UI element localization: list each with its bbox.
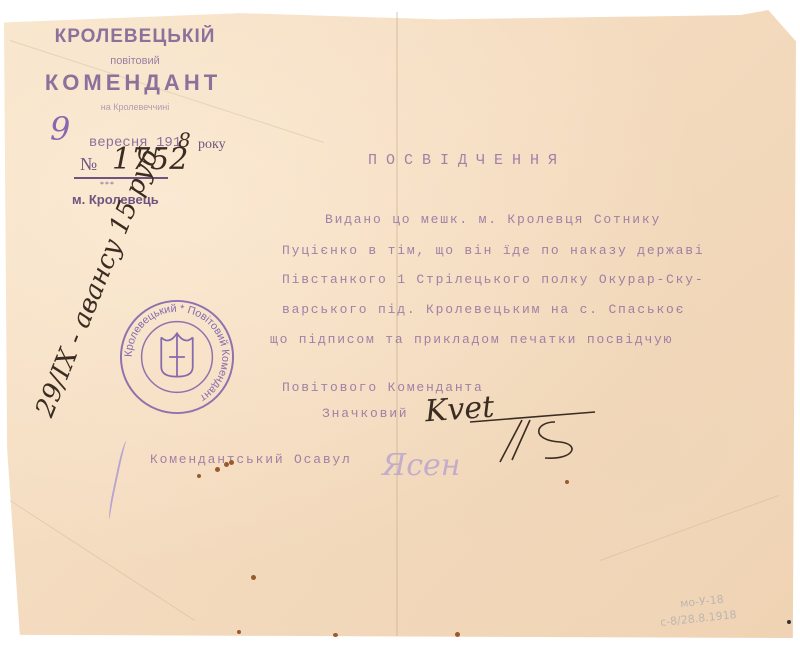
rust-stain [251,575,256,580]
body-line: Пуцієнко в тім, що він їде по наказу дер… [282,243,704,258]
document-title: ПОСВІДЧЕННЯ [368,152,566,169]
tryzub-icon [161,333,192,376]
stamp-stars: *** [100,180,115,189]
body-line: Півстанкого 1 Стрілецького полку Окурар-… [282,272,704,287]
body-line: Видано цо мешк. м. Кролевця Сотнику [325,212,661,227]
closing-line: Значковий [322,406,408,421]
body-line: варського під. Кролевецьким на с. Спаськ… [282,302,685,317]
rust-stain [197,474,201,478]
body-line: що підписом та прикладом печатки посвідч… [270,332,673,347]
rust-stain [565,480,569,484]
signature-osavul: Ясен [382,448,461,483]
handwritten-day: 9 [50,110,70,148]
dirt-spot [787,620,791,624]
stamp-office-name: КРОЛЕВЕЦЬКІЙ [40,26,230,48]
stamp-district: повітовий [40,55,230,67]
number-label: № [80,154,97,175]
rust-stain [237,630,241,634]
round-seal: Кролевецький * Повітовий Комендант [118,298,236,416]
rust-stain [455,632,460,637]
rust-stain [215,467,220,472]
date-suffix: року [198,137,226,153]
rust-stain [229,460,234,465]
stamp-commandant: КОМЕНДАНТ [28,70,238,96]
rust-stain [333,633,338,637]
paper-fold-vertical [396,12,398,636]
closing-line: Комендантський Осавул [150,452,352,467]
